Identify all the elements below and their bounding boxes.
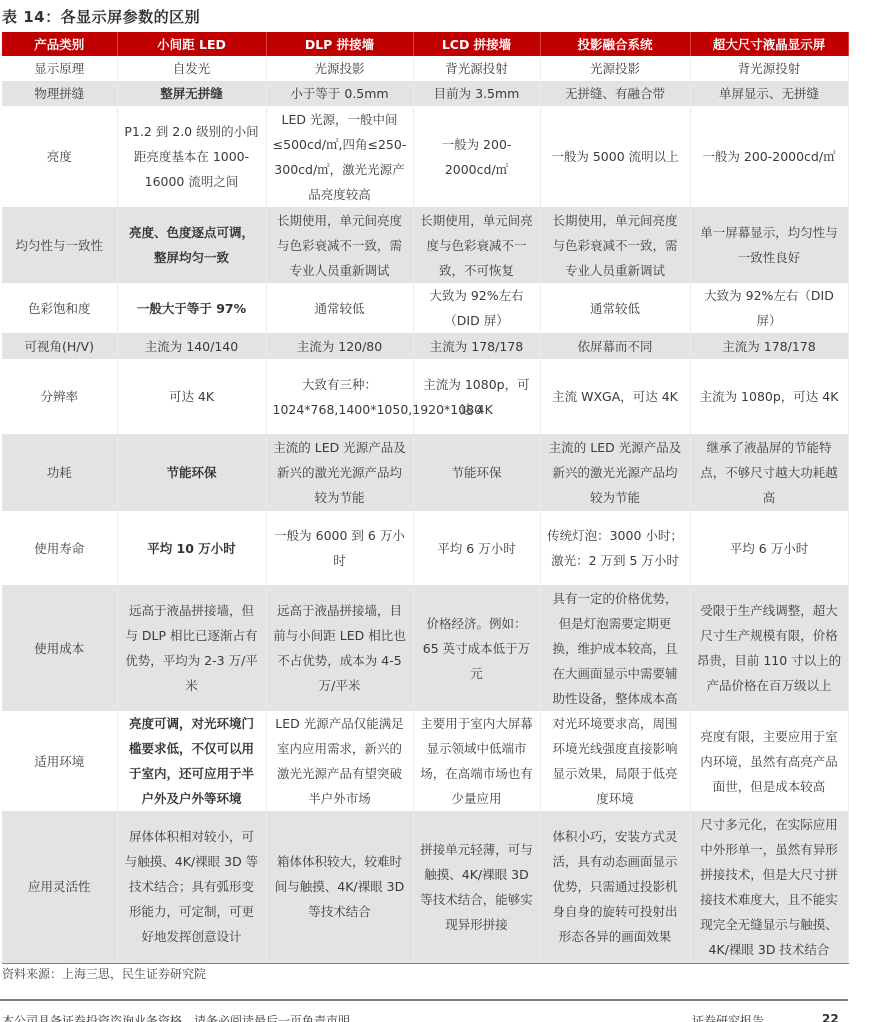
table-cell: 价格经济。例如：65 英寸成本低于万元 [413, 585, 540, 711]
table-cell: 单一屏幕显示，均匀性与一致性良好 [690, 207, 848, 283]
table-cell: LED 光源，一般中间≤500cd/㎡,四角≤250-300cd/㎡，激光光源产… [266, 106, 413, 207]
table-cell: 体积小巧，安装方式灵活，具有动态画面显示优势，只需通过投影机身自身的旋转可投射出… [540, 811, 690, 963]
row-label: 亮度 [2, 106, 117, 207]
row-label: 应用灵活性 [2, 811, 117, 963]
table-cell: 主流为 178/178 [690, 333, 848, 359]
table-cell: 大致有三种：1024*768,1400*1050,1920*1080 [266, 359, 413, 434]
table-cell: 继承了液晶屏的节能特点，不够尺寸越大功耗越高 [690, 434, 848, 511]
row-label: 可视角(H/V) [2, 333, 117, 359]
row-label: 使用寿命 [2, 511, 117, 585]
table-cell: 大致为 92%左右（DID 屏） [413, 283, 540, 333]
header-fine-pitch-led: 小间距 LED [117, 32, 266, 56]
table-cell: 平均 6 万小时 [690, 511, 848, 585]
table-row: 适用环境 亮度可调，对光环境门槛要求低，不仅可以用于室内，还可应用于半户外及户外… [2, 711, 848, 811]
table-cell: 主流的 LED 光源产品及新兴的激光光源产品均较为节能 [540, 434, 690, 511]
table-cell: 平均 10 万小时 [117, 511, 266, 585]
table-row: 功耗 节能环保 主流的 LED 光源产品及新兴的激光光源产品均较为节能 节能环保… [2, 434, 848, 511]
table-cell: 主流的 LED 光源产品及新兴的激光光源产品均较为节能 [266, 434, 413, 511]
table-cell: 通常较低 [266, 283, 413, 333]
table-cell: 一般为 200-2000cd/㎡ [690, 106, 848, 207]
table-cell: 亮度、色度逐点可调，整屏均匀一致 [117, 207, 266, 283]
table-row: 显示原理 自发光 光源投影 背光源投射 光源投影 背光源投射 [2, 56, 848, 81]
row-label: 物理拼缝 [2, 81, 117, 106]
table-row: 均匀性与一致性 亮度、色度逐点可调，整屏均匀一致 长期使用，单元间亮度与色彩衰减… [2, 207, 848, 283]
table-cell: 屏体体积相对较小，可与触摸、4K/裸眼 3D 等技术结合；具有弧形变形能力，可定… [117, 811, 266, 963]
table-cell: 自发光 [117, 56, 266, 81]
table-cell: 长期使用，单元间亮度与色彩衰减不一致，需专业人员重新调试 [540, 207, 690, 283]
table-row: 可视角(H/V) 主流为 140/140 主流为 120/80 主流为 178/… [2, 333, 848, 359]
source-note: 资料来源：上海三思，民生证券研究院 [2, 965, 206, 982]
table-cell: 背光源投射 [413, 56, 540, 81]
page-number: 22 [822, 1012, 839, 1022]
table-cell: 拼接单元轻薄，可与触摸、4K/裸眼 3D 等技术结合，能够实现异形拼接 [413, 811, 540, 963]
table-cell: 主流 WXGA，可达 4K [540, 359, 690, 434]
table-row: 物理拼缝 整屏无拼缝 小于等于 0.5mm 目前为 3.5mm 无拼缝、有融合带… [2, 81, 848, 106]
table-cell: 受限于生产线调整，超大尺寸生产规模有限，价格昂贵，目前 110 寸以上的产品价格… [690, 585, 848, 711]
table-header-row: 产品类别 小间距 LED DLP 拼接墙 LCD 拼接墙 投影融合系统 超大尺寸… [2, 32, 848, 56]
table-cell: 平均 6 万小时 [413, 511, 540, 585]
display-comparison-table: 产品类别 小间距 LED DLP 拼接墙 LCD 拼接墙 投影融合系统 超大尺寸… [2, 32, 849, 964]
table-cell: 无拼缝、有融合带 [540, 81, 690, 106]
footer-divider [0, 999, 848, 1001]
table-cell: 主流为 178/178 [413, 333, 540, 359]
table-row: 分辨率 可达 4K 大致有三种：1024*768,1400*1050,1920*… [2, 359, 848, 434]
table-cell: 一般大于等于 97% [117, 283, 266, 333]
header-dlp-wall: DLP 拼接墙 [266, 32, 413, 56]
table-cell: 大致为 92%左右（DID 屏） [690, 283, 848, 333]
table-cell: 背光源投射 [690, 56, 848, 81]
header-large-lcd: 超大尺寸液晶显示屏 [690, 32, 848, 56]
table-cell: 箱体体积较大，较难时间与触摸、4K/裸眼 3D 等技术结合 [266, 811, 413, 963]
table-cell: 具有一定的价格优势，但是灯泡需要定期更换，维护成本较高，且在大画面显示中需要辅助… [540, 585, 690, 711]
table-cell: 主流为 140/140 [117, 333, 266, 359]
table-cell: 对光环境要求高，周围环境光线强度直接影响显示效果，局限于低亮度环境 [540, 711, 690, 811]
table-title: 表 14：各显示屏参数的区别 [2, 6, 200, 27]
table-cell: 传统灯泡：3000 小时；激光：2 万到 5 万小时 [540, 511, 690, 585]
table-cell: 整屏无拼缝 [117, 81, 266, 106]
table-row: 使用寿命 平均 10 万小时 一般为 6000 到 6 万小时 平均 6 万小时… [2, 511, 848, 585]
table-cell: 亮度有限，主要应用于室内环境，虽然有高亮产品面世，但是成本较高 [690, 711, 848, 811]
table-cell: 主流为 1080p，可达 4K [690, 359, 848, 434]
table-cell: 亮度可调，对光环境门槛要求低，不仅可以用于室内，还可应用于半户外及户外等环境 [117, 711, 266, 811]
row-label: 均匀性与一致性 [2, 207, 117, 283]
table-cell: 一般为 200-2000cd/㎡ [413, 106, 540, 207]
table-cell: 节能环保 [413, 434, 540, 511]
row-label: 使用成本 [2, 585, 117, 711]
table-cell: 尺寸多元化，在实际应用中外形单一，虽然有异形拼接技术，但是大尺寸拼接技术难度大，… [690, 811, 848, 963]
table-cell: 目前为 3.5mm [413, 81, 540, 106]
table-cell: 依屏幕而不同 [540, 333, 690, 359]
table-cell: 单屏显示、无拼缝 [690, 81, 848, 106]
table-cell: 远高于液晶拼接墙，但与 DLP 相比已逐渐占有优势，平均为 2-3 万/平米 [117, 585, 266, 711]
footer-report-type: 证券研究报告 [692, 1012, 764, 1022]
table-cell: 可达 4K [117, 359, 266, 434]
table-cell: 主流为 1080p，可达 4K [413, 359, 540, 434]
table-row: 应用灵活性 屏体体积相对较小，可与触摸、4K/裸眼 3D 等技术结合；具有弧形变… [2, 811, 848, 963]
table-row: 使用成本 远高于液晶拼接墙，但与 DLP 相比已逐渐占有优势，平均为 2-3 万… [2, 585, 848, 711]
table-cell: 长期使用，单元间亮度与色彩衰减不一致，需专业人员重新调试 [266, 207, 413, 283]
table-cell: 光源投影 [540, 56, 690, 81]
table-cell: 节能环保 [117, 434, 266, 511]
footer-disclaimer: 本公司具备证券投资咨询业务资格，请务必阅读最后一页免责声明 [2, 1012, 350, 1022]
table-cell: 光源投影 [266, 56, 413, 81]
table-row: 色彩饱和度 一般大于等于 97% 通常较低 大致为 92%左右（DID 屏） 通… [2, 283, 848, 333]
table-cell: 主流为 120/80 [266, 333, 413, 359]
table-cell: 主要用于室内大屏幕显示领域中低端市场，在高端市场也有少量应用 [413, 711, 540, 811]
row-label: 色彩饱和度 [2, 283, 117, 333]
header-lcd-wall: LCD 拼接墙 [413, 32, 540, 56]
table-cell: 小于等于 0.5mm [266, 81, 413, 106]
row-label: 适用环境 [2, 711, 117, 811]
table-cell: 通常较低 [540, 283, 690, 333]
table-cell: 一般为 5000 流明以上 [540, 106, 690, 207]
row-label: 功耗 [2, 434, 117, 511]
row-label: 分辨率 [2, 359, 117, 434]
table-cell: LED 光源产品仅能满足室内应用需求，新兴的激光光源产品有望突破半户外市场 [266, 711, 413, 811]
table-cell: 一般为 6000 到 6 万小时 [266, 511, 413, 585]
row-label: 显示原理 [2, 56, 117, 81]
header-projection-blend: 投影融合系统 [540, 32, 690, 56]
header-category: 产品类别 [2, 32, 117, 56]
table-cell: 远高于液晶拼接墙，目前与小间距 LED 相比也不占优势，成本为 4-5 万/平米 [266, 585, 413, 711]
table-row: 亮度 P1.2 到 2.0 级别的小间距亮度基本在 1000-16000 流明之… [2, 106, 848, 207]
table-cell: P1.2 到 2.0 级别的小间距亮度基本在 1000-16000 流明之间 [117, 106, 266, 207]
table-cell: 长期使用，单元间亮度与色彩衰减不一致，不可恢复 [413, 207, 540, 283]
